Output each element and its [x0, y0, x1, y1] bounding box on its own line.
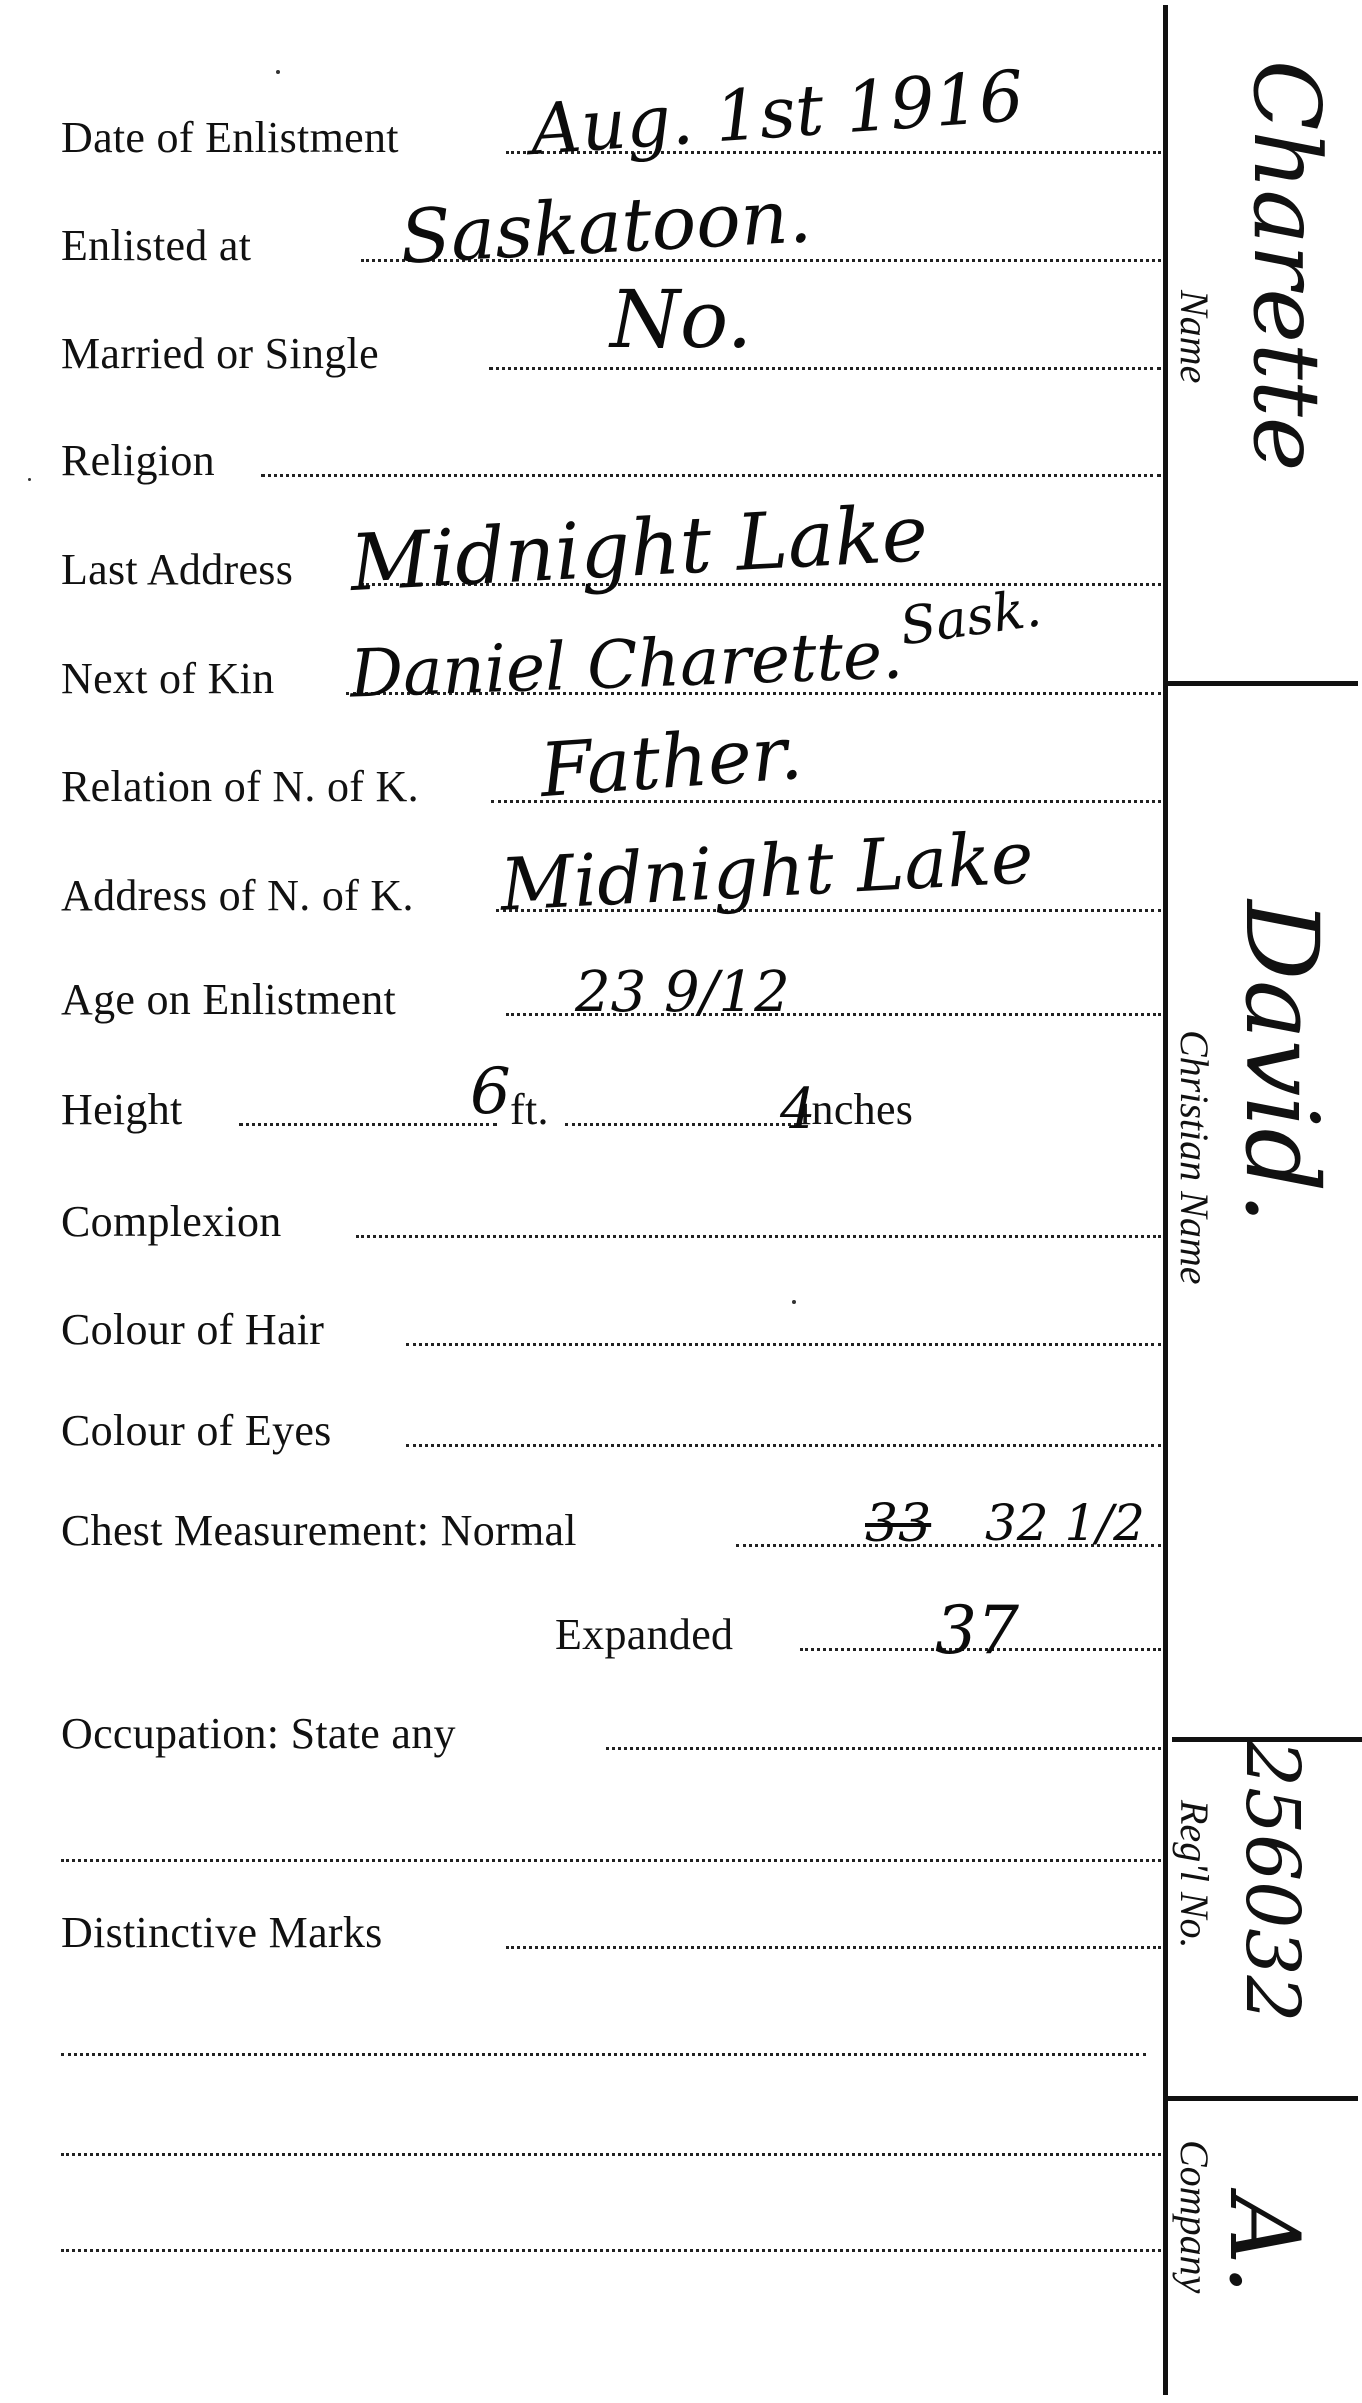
fill-line	[261, 474, 1161, 477]
column-divider	[1163, 5, 1168, 2395]
chest-normal-value[interactable]: 32 1/2	[985, 1498, 1145, 1548]
fill-line	[61, 1859, 1161, 1862]
next-of-kin-value[interactable]: Daniel Charette.	[349, 622, 904, 707]
field-label: Colour of Hair	[61, 1308, 324, 1352]
company-value[interactable]: A.	[1208, 2195, 1320, 2295]
field-label: Age on Enlistment	[61, 978, 396, 1022]
field-complexion: Complexion	[61, 1184, 1161, 1244]
fill-line-feet	[239, 1123, 497, 1126]
fill-line	[61, 2053, 1146, 2056]
field-label: Married or Single	[61, 332, 379, 376]
christian-name-label: Christian Name	[1171, 1030, 1218, 1284]
scan-speck	[28, 478, 31, 481]
field-label: Enlisted at	[61, 224, 251, 268]
height-feet-value[interactable]: 6	[470, 1060, 511, 1124]
fill-line	[61, 2249, 1161, 2252]
feet-unit-label: ft.	[510, 1088, 549, 1132]
scan-speck	[792, 1300, 796, 1304]
age-on-enlistment-value[interactable]: 23 9/12	[575, 965, 790, 1021]
field-label: Relation of N. of K.	[61, 765, 419, 809]
christian-name-value[interactable]: David.	[1223, 900, 1340, 1224]
height-inches-value[interactable]: 4	[780, 1082, 816, 1138]
field-label: Religion	[61, 439, 215, 483]
fill-line	[506, 1946, 1161, 1949]
field-label: Occupation: State any	[61, 1712, 456, 1756]
name-value[interactable]: Charette	[1233, 60, 1340, 471]
name-section-divider	[1168, 681, 1358, 686]
regl-no-label: Reg'l No.	[1171, 1800, 1218, 1949]
regl-no-section-divider	[1168, 2096, 1358, 2101]
field-label: Expanded	[555, 1613, 733, 1657]
field-colour-of-eyes: Colour of Eyes	[61, 1393, 1161, 1453]
field-religion: Religion	[61, 423, 1161, 483]
fill-line	[489, 367, 1161, 370]
field-label: Next of Kin	[61, 657, 274, 701]
fill-line	[406, 1343, 1161, 1346]
regl-no-value[interactable]: 256032	[1229, 1740, 1315, 2023]
field-label: Height	[61, 1088, 183, 1132]
field-label: Address of N. of K.	[61, 874, 414, 918]
field-chest-expanded: Expanded	[555, 1597, 1161, 1657]
field-distinctive-marks-line-4	[61, 2198, 1161, 2258]
enlisted-at-value[interactable]: Saskatoon.	[398, 179, 813, 274]
field-label: Chest Measurement: Normal	[61, 1509, 577, 1553]
fill-line	[406, 1444, 1161, 1447]
field-distinctive-marks-line-2	[61, 2002, 1161, 2062]
field-occupation-continuation	[61, 1808, 1161, 1868]
fill-line	[61, 2153, 1161, 2156]
scan-speck	[276, 70, 280, 74]
field-height: Height ft. inches	[61, 1072, 1161, 1132]
fill-line	[356, 1235, 1161, 1238]
name-label: Name	[1171, 290, 1218, 383]
field-distinctive-marks-line-3	[61, 2102, 1161, 2162]
field-label: Distinctive Marks	[61, 1911, 383, 1955]
fill-line-inches	[565, 1123, 797, 1126]
field-colour-of-hair: Colour of Hair	[61, 1292, 1161, 1352]
chest-normal-struck-value: 33	[865, 1498, 931, 1550]
fill-line	[606, 1747, 1161, 1750]
field-label: Date of Enlistment	[61, 116, 399, 160]
relation-of-nok-value[interactable]: Father.	[538, 716, 805, 808]
inches-unit-label: inches	[799, 1088, 913, 1132]
field-label: Last Address	[61, 548, 293, 592]
married-or-single-value[interactable]: No.	[610, 280, 752, 360]
chest-expanded-value[interactable]: 37	[935, 1598, 1019, 1664]
field-label: Colour of Eyes	[61, 1409, 332, 1453]
field-occupation: Occupation: State any	[61, 1696, 1161, 1756]
field-label: Complexion	[61, 1200, 282, 1244]
field-distinctive-marks: Distinctive Marks	[61, 1895, 1161, 1955]
